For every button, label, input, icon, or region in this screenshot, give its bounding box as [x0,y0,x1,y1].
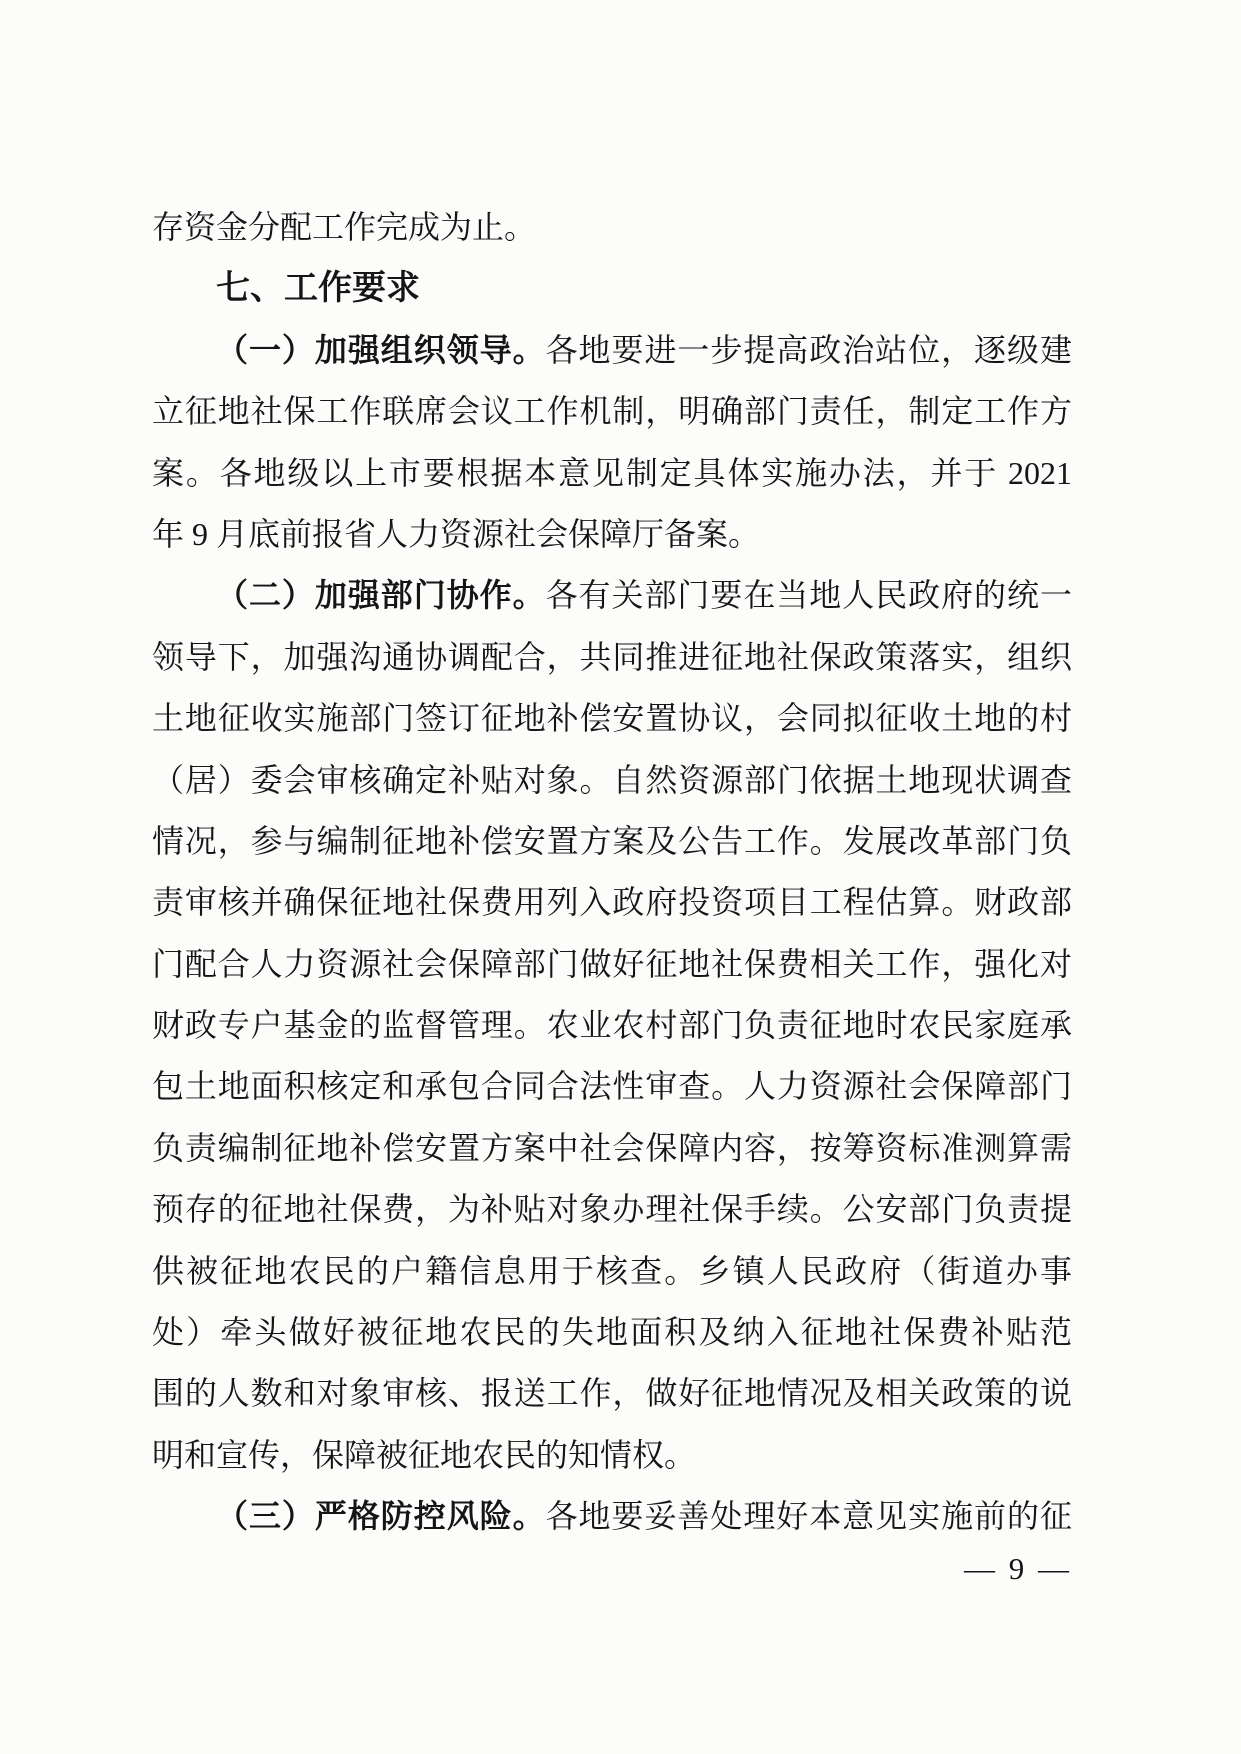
document-body: 存资金分配工作完成为止。七、工作要求（一）加强组织领导。各地要进一步提高政治站位… [152,197,1072,1548]
text-line: （一）加强组织领导。各地要进一步提高政治站位，逐级建 [152,320,1072,381]
section-heading: 七、工作要求 [152,258,1072,319]
text-line: 存资金分配工作完成为止。 [152,197,1072,258]
text-line: 处）牵头做好被征地农民的失地面积及纳入征地社保费补贴范 [152,1302,1072,1363]
text-line: 围的人数和对象审核、报送工作，做好征地情况及相关政策的说 [152,1363,1072,1424]
paragraph-lead: （三）严格防控风险。 [216,1498,546,1534]
text-line: 供被征地农民的户籍信息用于核查。乡镇人民政府（街道办事 [152,1241,1072,1302]
text-line: 领导下，加强沟通协调配合，共同推进征地社保政策落实，组织 [152,627,1072,688]
text-line: 预存的征地社保费，为补贴对象办理社保手续。公安部门负责提 [152,1179,1072,1240]
text-line: 财政专户基金的监督管理。农业农村部门负责征地时农民家庭承 [152,995,1072,1056]
text-line: 责审核并确保征地社保费用列入政府投资项目工程估算。财政部 [152,872,1072,933]
page-number: — 9 — [152,1549,1072,1589]
text-line: 情况，参与编制征地补偿安置方案及公告工作。发展改革部门负 [152,811,1072,872]
paragraph-lead: （二）加强部门协作。 [216,577,546,613]
text-line: （三）严格防控风险。各地要妥善处理好本意见实施前的征 [152,1486,1072,1547]
text-line: 土地征收实施部门签订征地补偿安置协议，会同拟征收土地的村 [152,688,1072,749]
text-line: 包土地面积核定和承包合同合法性审查。人力资源社会保障部门 [152,1056,1072,1117]
paragraph-lead: （一）加强组织领导。 [216,332,546,368]
text-line: 明和宣传，保障被征地农民的知情权。 [152,1425,1072,1486]
text-line: （二）加强部门协作。各有关部门要在当地人民政府的统一 [152,565,1072,626]
text-line: （居）委会审核确定补贴对象。自然资源部门依据土地现状调查 [152,750,1072,811]
text-line: 立征地社保工作联席会议工作机制，明确部门责任，制定工作方 [152,381,1072,442]
text-line: 案。各地级以上市要根据本意见制定具体实施办法，并于 2021 [152,443,1072,504]
text-line: 年 9 月底前报省人力资源社会保障厅备案。 [152,504,1072,565]
scanned-document-page: 存资金分配工作完成为止。七、工作要求（一）加强组织领导。各地要进一步提高政治站位… [0,0,1241,1754]
text-line: 门配合人力资源社会保障部门做好征地社保费相关工作，强化对 [152,934,1072,995]
text-line: 负责编制征地补偿安置方案中社会保障内容，按筹资标准测算需 [152,1118,1072,1179]
